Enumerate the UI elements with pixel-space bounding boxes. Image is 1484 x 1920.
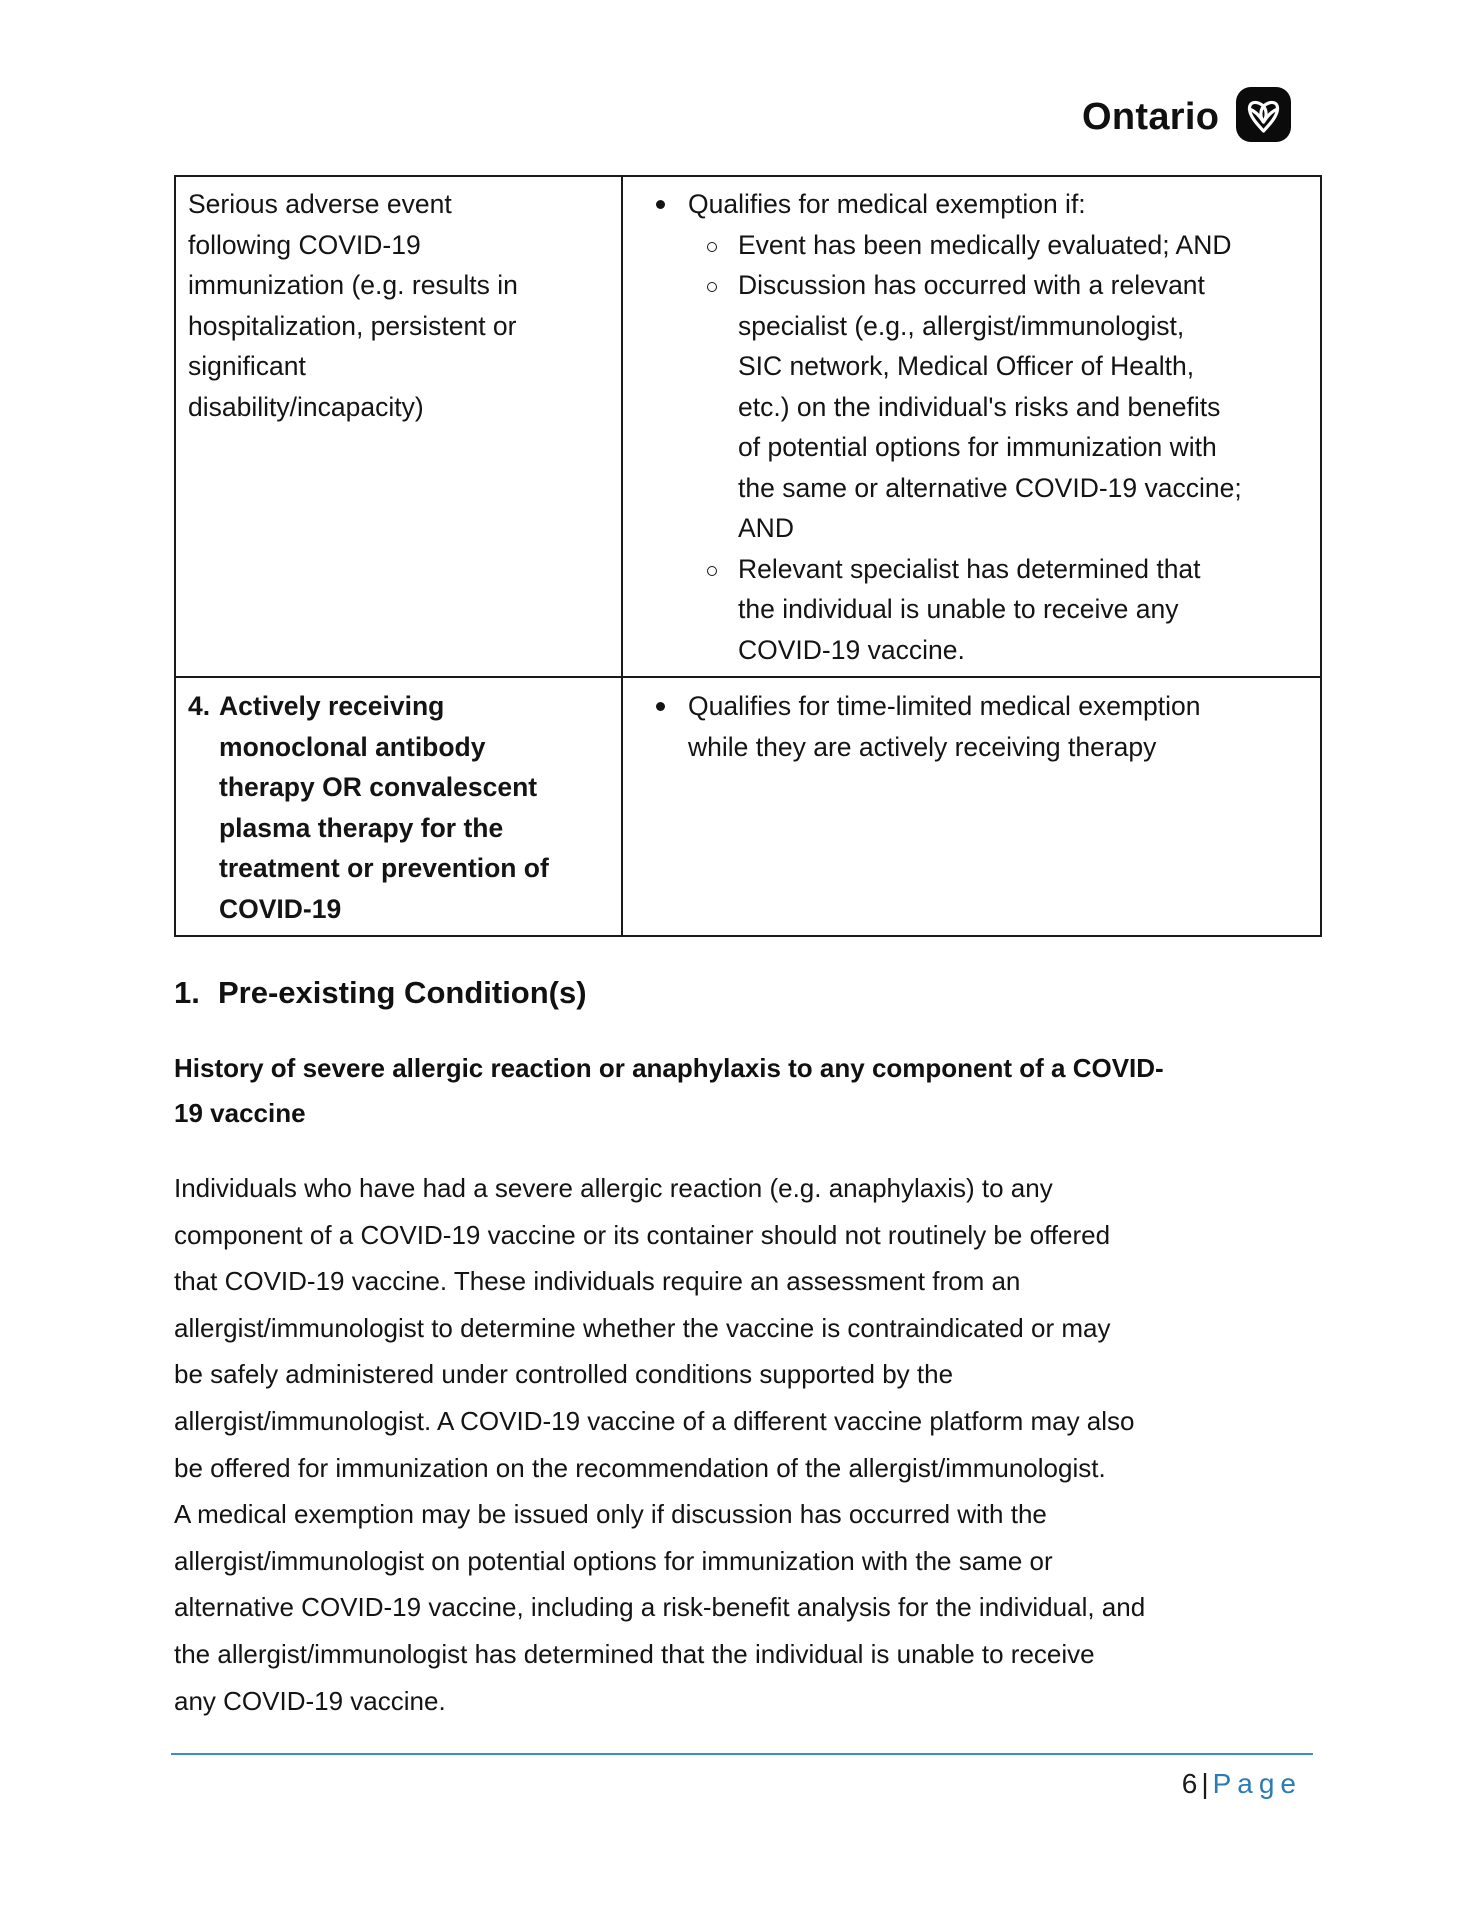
- paragraph-line: allergist/immunologist to determine whet…: [174, 1305, 1110, 1352]
- footer-separator: |: [1201, 1768, 1208, 1799]
- criteria-sub-text-line: Discussion has occurred with a relevant: [738, 265, 1205, 306]
- sub-bullet-icon: [707, 242, 717, 252]
- condition-number: 4.: [188, 686, 210, 727]
- paragraph-line: any COVID-19 vaccine.: [174, 1678, 446, 1725]
- condition-text-line: COVID-19: [219, 889, 341, 930]
- criteria-text-line: Qualifies for time-limited medical exemp…: [688, 686, 1201, 727]
- paragraph-line: that COVID-19 vaccine. These individuals…: [174, 1258, 1020, 1305]
- criteria-sub-text-line: SIC network, Medical Officer of Health,: [738, 346, 1194, 387]
- condition-text-line: Serious adverse event: [188, 184, 452, 225]
- criteria-sub-text-line: COVID-19 vaccine.: [738, 630, 965, 671]
- condition-text-line: immunization (e.g. results in: [188, 265, 518, 306]
- criteria-text-line: while they are actively receiving therap…: [688, 727, 1156, 768]
- paragraph-line: Individuals who have had a severe allerg…: [174, 1165, 1053, 1212]
- criteria-sub-text-line: the same or alternative COVID-19 vaccine…: [738, 468, 1242, 509]
- criteria-sub-text-line: the individual is unable to receive any: [738, 589, 1178, 630]
- paragraph-line: be safely administered under controlled …: [174, 1351, 953, 1398]
- page-label: Page: [1213, 1768, 1302, 1799]
- subheading-line: 19 vaccine: [174, 1091, 306, 1136]
- condition-text-line: disability/incapacity): [188, 387, 424, 428]
- criteria-text-line: Qualifies for medical exemption if:: [688, 184, 1086, 225]
- paragraph-line: allergist/immunologist on potential opti…: [174, 1538, 1053, 1585]
- condition-text-line: significant: [188, 346, 306, 387]
- section-title: Pre-existing Condition(s): [218, 975, 587, 1010]
- condition-text-line: following COVID-19: [188, 225, 421, 266]
- paragraph-line: the allergist/immunologist has determine…: [174, 1631, 1095, 1678]
- condition-text-line: hospitalization, persistent or: [188, 306, 516, 347]
- table-row-divider: [174, 676, 1322, 678]
- paragraph-line: allergist/immunologist. A COVID-19 vacci…: [174, 1398, 1135, 1445]
- criteria-sub-text-line: Event has been medically evaluated; AND: [738, 225, 1232, 266]
- condition-text-line: therapy OR convalescent: [219, 767, 537, 808]
- paragraph-line: alternative COVID-19 vaccine, including …: [174, 1584, 1145, 1631]
- trillium-icon: [1236, 87, 1291, 142]
- condition-text-line: Actively receiving: [219, 686, 444, 727]
- page-footer: 6|Page: [1182, 1766, 1302, 1802]
- sub-bullet-icon: [707, 282, 717, 292]
- paragraph-line: A medical exemption may be issued only i…: [174, 1491, 1047, 1538]
- bullet-icon: [656, 702, 665, 711]
- ontario-logo-text: Ontario: [1082, 95, 1219, 139]
- criteria-sub-text-line: etc.) on the individual's risks and bene…: [738, 387, 1220, 428]
- page-number: 6: [1182, 1768, 1198, 1799]
- criteria-sub-text-line: Relevant specialist has determined that: [738, 549, 1201, 590]
- subheading-line: History of severe allergic reaction or a…: [174, 1046, 1164, 1091]
- condition-text-line: monoclonal antibody: [219, 727, 485, 768]
- section-heading: 1.Pre-existing Condition(s): [174, 973, 587, 1013]
- bullet-icon: [656, 200, 665, 209]
- footer-rule: [171, 1753, 1313, 1755]
- paragraph-line: component of a COVID-19 vaccine or its c…: [174, 1212, 1110, 1259]
- condition-text-line: treatment or prevention of: [219, 848, 549, 889]
- sub-bullet-icon: [707, 566, 717, 576]
- table-column-divider: [621, 175, 623, 937]
- paragraph-line: be offered for immunization on the recom…: [174, 1445, 1106, 1492]
- criteria-sub-text-line: AND: [738, 508, 794, 549]
- criteria-sub-text-line: specialist (e.g., allergist/immunologist…: [738, 306, 1184, 347]
- criteria-sub-text-line: of potential options for immunization wi…: [738, 427, 1217, 468]
- section-number: 1.: [174, 973, 218, 1013]
- condition-text-line: plasma therapy for the: [219, 808, 503, 849]
